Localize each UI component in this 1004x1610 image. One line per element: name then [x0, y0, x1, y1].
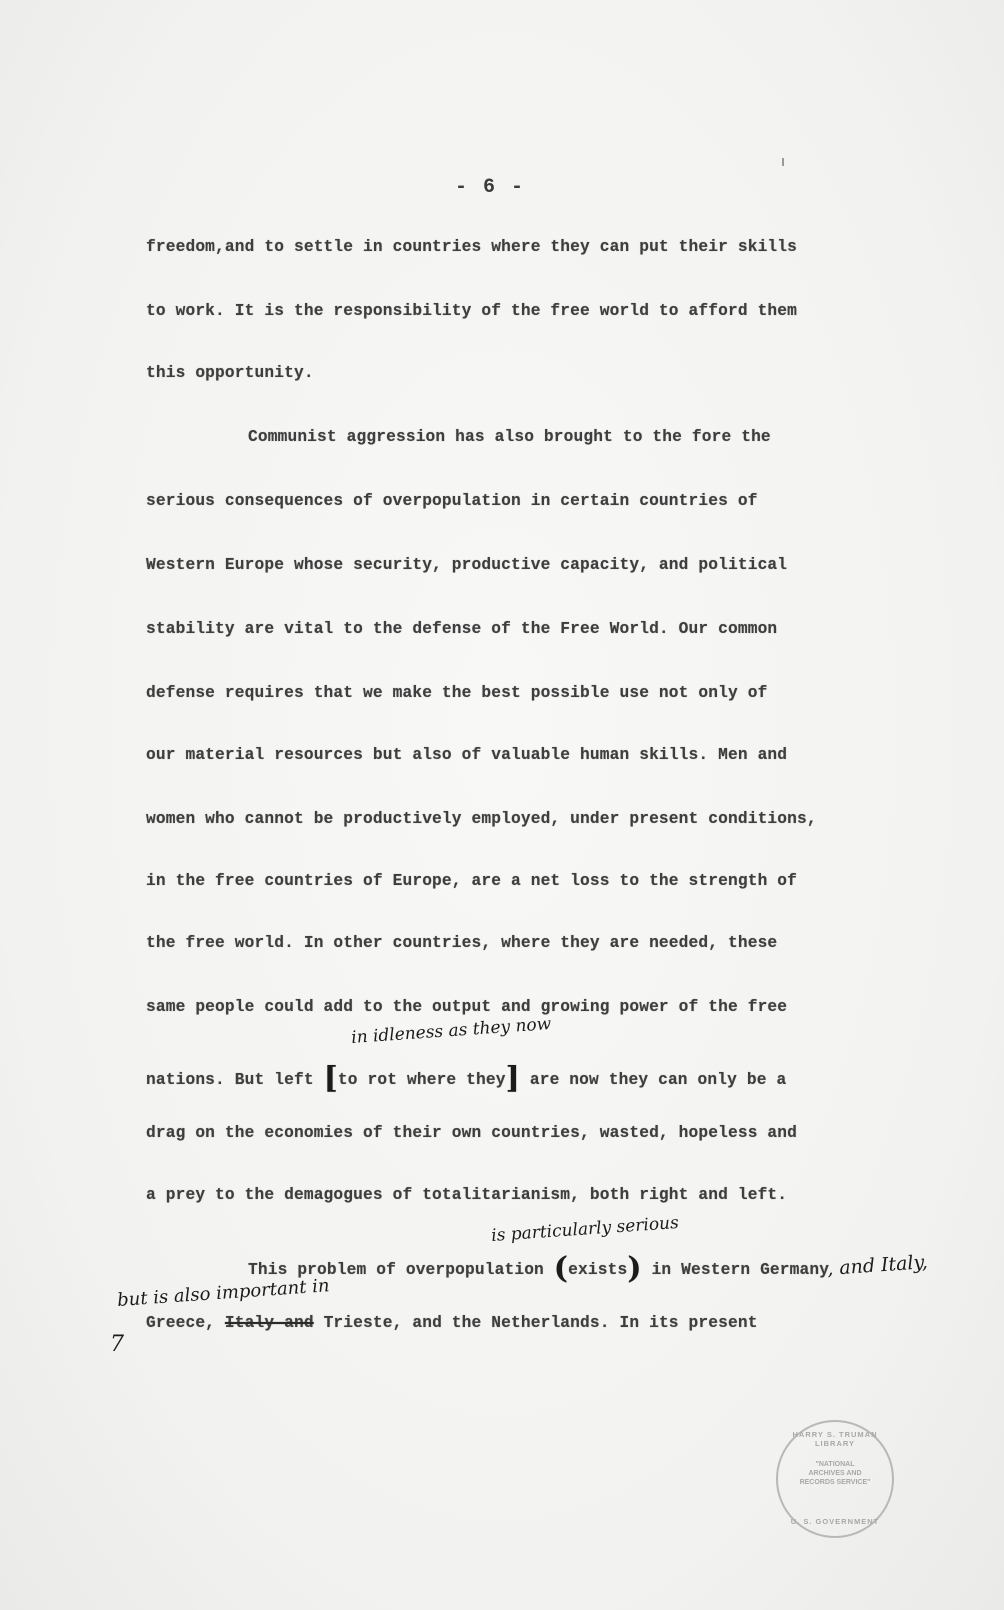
- bracket-close-mark: ]: [506, 1061, 520, 1096]
- handwritten-insertion: is particularly serious: [491, 1213, 680, 1246]
- text-line: Western Europe whose security, productiv…: [146, 556, 787, 574]
- bracket-close-mark: ): [627, 1251, 641, 1286]
- margin-mark: 7: [110, 1332, 124, 1357]
- text-line: defense requires that we make the best p…: [146, 684, 767, 702]
- stamp-ring-top: HARRY S. TRUMAN LIBRARY: [778, 1430, 892, 1448]
- text-line: in the free countries of Europe, are a n…: [146, 872, 797, 890]
- text-line: same people could add to the output and …: [146, 998, 787, 1016]
- text-segment: This problem of overpopulation: [248, 1261, 554, 1279]
- text-line: Communist aggression has also brought to…: [248, 428, 771, 446]
- text-line: a prey to the demagogues of totalitarian…: [146, 1186, 787, 1204]
- text-line: This problem of overpopulation (exists) …: [248, 1250, 829, 1280]
- stray-mark: [782, 158, 784, 166]
- stamp-ring-bottom: U. S. GOVERNMENT: [778, 1517, 892, 1526]
- stamp-inner-text: "NATIONAL ARCHIVES AND RECORDS SERVICE": [798, 1460, 872, 1487]
- bracketed-text: exists: [568, 1261, 627, 1279]
- text-segment: Trieste, and the Netherlands. In its pre…: [314, 1314, 758, 1332]
- text-line: freedom,and to settle in countries where…: [146, 238, 797, 256]
- text-line: to work. It is the responsibility of the…: [146, 302, 797, 320]
- text-line: women who cannot be productively employe…: [146, 810, 817, 828]
- archive-stamp: HARRY S. TRUMAN LIBRARY "NATIONAL ARCHIV…: [776, 1420, 894, 1538]
- text-line: this opportunity.: [146, 364, 314, 382]
- text-line: Greece, Italy and Trieste, and the Nethe…: [146, 1314, 758, 1332]
- bracket-open-mark: (: [554, 1251, 568, 1286]
- text-segment: are now they can only be a: [520, 1071, 786, 1089]
- text-line: nations. But left [to rot where they] ar…: [146, 1060, 786, 1090]
- struck-text: Italy and: [225, 1314, 314, 1332]
- page-number: - 6 -: [455, 176, 525, 199]
- text-line: our material resources but also of valua…: [146, 746, 787, 764]
- text-segment: in Western Germany: [642, 1261, 829, 1279]
- text-line: serious consequences of overpopulation i…: [146, 492, 758, 510]
- handwritten-insertion: in idleness as they now: [351, 1014, 552, 1048]
- bracketed-text: to rot where they: [338, 1071, 506, 1089]
- text-line: drag on the economies of their own count…: [146, 1124, 797, 1142]
- text-segment: nations. But left: [146, 1071, 324, 1089]
- text-line: the free world. In other countries, wher…: [146, 934, 777, 952]
- bracket-open-mark: [: [324, 1061, 338, 1096]
- text-line: stability are vital to the defense of th…: [146, 620, 777, 638]
- text-segment: Greece,: [146, 1314, 225, 1332]
- handwritten-insertion: , and Italy,: [826, 1251, 928, 1280]
- document-page: - 6 - freedom,and to settle in countries…: [0, 0, 1004, 1610]
- handwritten-insertion: but is also important in: [117, 1275, 331, 1311]
